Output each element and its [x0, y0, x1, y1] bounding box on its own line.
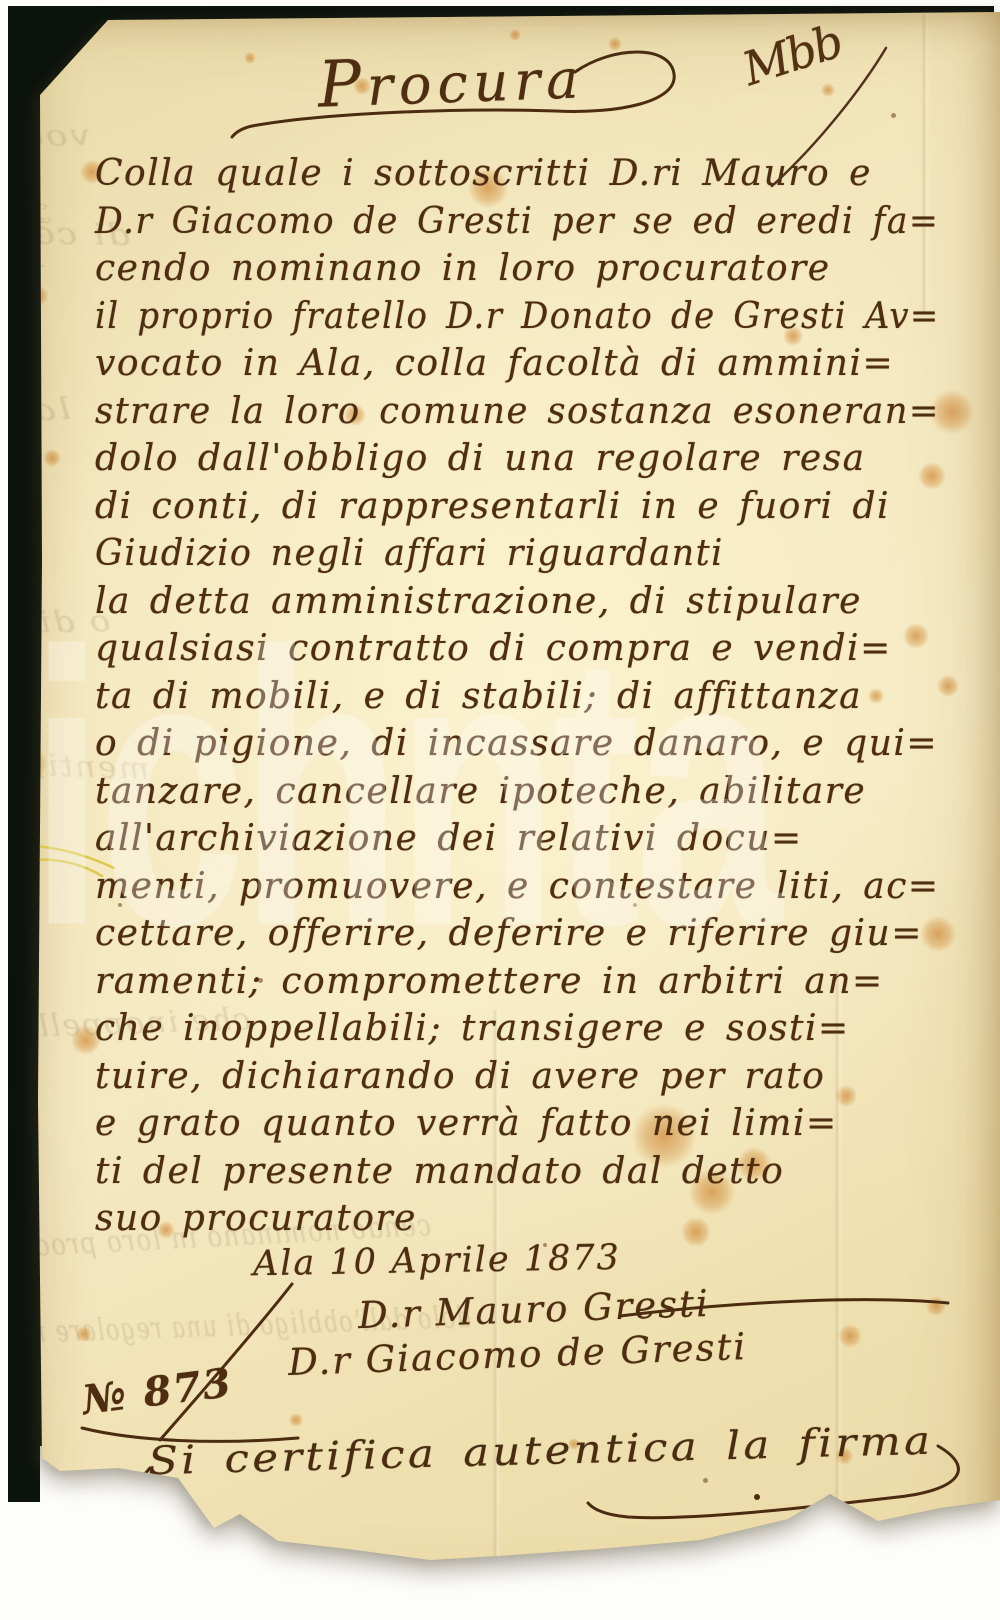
manuscript-line: di conti, di rappresentarli in e fuori d… — [95, 486, 940, 534]
manuscript-line: vocato in Ala, colla facoltà di ammini= — [95, 343, 940, 391]
foxing-spot — [608, 37, 622, 51]
manuscript-line: ta di mobili, e di stabili; di affittanz… — [95, 676, 940, 724]
foxing-spot — [28, 286, 48, 306]
manuscript-line: il proprio fratello D.r Donato de Gresti… — [95, 296, 890, 344]
ghost-writing: vocato in Ala, colla facoltà di ammini= — [0, 118, 91, 165]
manuscript-paper: vocato in Ala, colla facoltà di ammini= … — [0, 0, 1000, 1620]
manuscript-line: cettare, offerire, deferire e riferire g… — [95, 913, 940, 961]
certification-lead-in — [64, 1468, 150, 1508]
foxing-spot — [43, 449, 61, 467]
date-line: Ala 10 Aprile 1873 — [253, 1238, 621, 1284]
manuscript-line: la detta amministrazione, di stipulare — [95, 581, 940, 629]
manuscript-line: menti, promuovere, e contestare liti, ac… — [95, 866, 940, 914]
manuscript-line: e grato quanto verrà fatto nei limi= — [95, 1103, 940, 1151]
foxing-spot — [244, 52, 256, 64]
manuscript-line: tuire, dichiarando di avere per rato — [95, 1056, 940, 1104]
manuscript-line: dolo dall'obbligo di una regolare resa — [95, 438, 940, 486]
ghost-writing: la detta amministrazione, di stipulare — [0, 392, 71, 450]
manuscript-line: Colla quale i sottoscritti D.ri Mauro e — [95, 153, 940, 201]
manuscript-line: D.r Giacomo de Gresti per se ed eredi fa… — [95, 201, 908, 249]
manuscript-line: che inoppellabili; transigere e sosti= — [95, 1008, 940, 1056]
foxing-spot — [821, 83, 835, 97]
paper-sheet: vocato in Ala, colla facoltà di ammini= … — [0, 0, 1000, 1620]
manuscript-line: o di pigione, di incassare danaro, e qui… — [95, 723, 940, 771]
ink-speck — [703, 1478, 708, 1483]
ink-speck — [891, 113, 896, 118]
manuscript-line: Giudizio negli affari riguardanti — [95, 533, 915, 581]
manuscript-line: suo procuratore — [95, 1198, 940, 1246]
document-title: Procura — [317, 39, 586, 122]
certification-colon — [744, 1494, 761, 1537]
manuscript-line: ti del presente mandato dal detto — [95, 1151, 940, 1199]
foxing-spot — [509, 29, 521, 41]
manuscript-line: ramenti; compromettere in arbitri an= — [95, 961, 940, 1009]
manuscript-body: Colla quale i sottoscritti D.ri Mauro e … — [95, 153, 940, 1246]
certification-line: Si certifica autentica la firma — [148, 1421, 853, 1484]
manuscript-line: tanzare, cancellare ipoteche, abilitare — [95, 771, 940, 819]
registry-number: № 873 — [80, 1359, 236, 1424]
manuscript-line: strare la loro comune sostanza esoneran= — [95, 391, 923, 439]
manuscript-line: all'archiviazione dei relativi docu= — [95, 818, 940, 866]
foxing-spot — [937, 675, 959, 697]
manuscript-line: cendo nominano in loro procuratore — [95, 248, 940, 296]
scanned-document-photo: vocato in Ala, colla facoltà di ammini= … — [0, 0, 1000, 1620]
foxing-spot — [289, 1413, 303, 1427]
foxing-spot — [926, 1296, 946, 1316]
foxing-spot — [20, 984, 40, 1004]
manuscript-line: qualsiasi contratto di compra e vendi= — [95, 628, 940, 676]
